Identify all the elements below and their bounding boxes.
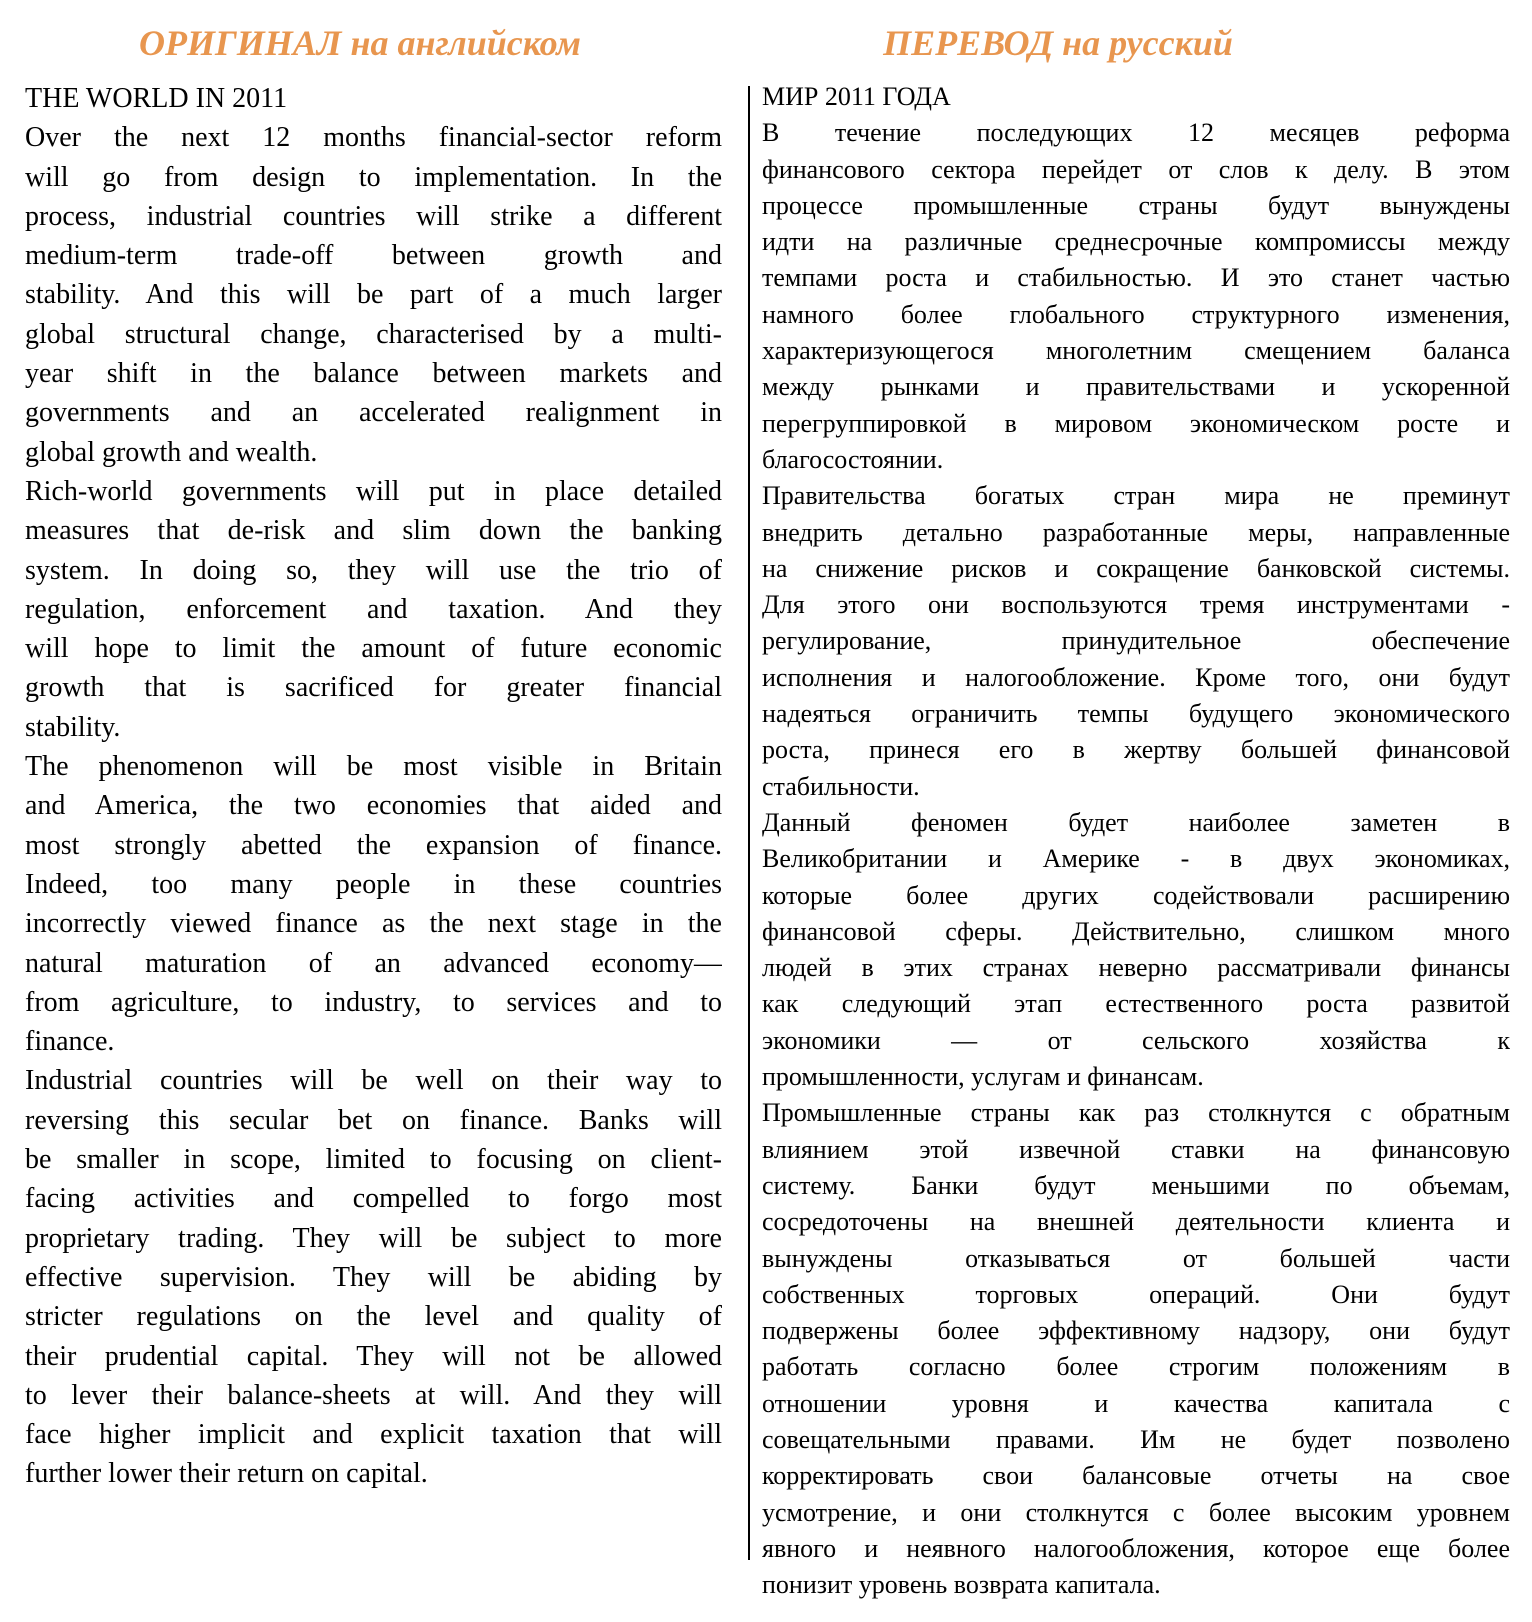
text-line: Промышленные страны как раз столкнутся с… bbox=[762, 1095, 1510, 1131]
translation-text-body: В течение последующих 12 месяцев реформа… bbox=[762, 115, 1510, 1603]
text-line: людей в этих странах неверно рассматрива… bbox=[762, 950, 1510, 986]
text-line: global growth and wealth. bbox=[25, 433, 722, 472]
text-line: global structural change, characterised … bbox=[25, 315, 722, 354]
text-line: Великобритании и Америке - в двух эконом… bbox=[762, 841, 1510, 877]
text-line: сосредоточены на внешней деятельности кл… bbox=[762, 1204, 1510, 1240]
text-line: которые более других содействовали расши… bbox=[762, 878, 1510, 914]
text-line: Данный феномен будет наиболее заметен в bbox=[762, 805, 1510, 841]
text-line: характеризующегося многолетним смещением… bbox=[762, 333, 1510, 369]
text-line: Правительства богатых стран мира не прем… bbox=[762, 478, 1510, 514]
original-column: THE WORLD IN 2011 Over the next 12 month… bbox=[25, 79, 722, 1494]
text-line: понизит уровень возврата капитала. bbox=[762, 1567, 1510, 1603]
text-line: finance. bbox=[25, 1022, 722, 1061]
text-line: Industrial countries will be well on the… bbox=[25, 1061, 722, 1100]
text-line: вынуждены отказываться от большей части bbox=[762, 1241, 1510, 1277]
text-line: further lower their return on capital. bbox=[25, 1454, 722, 1493]
text-line: влиянием этой извечной ставки на финансо… bbox=[762, 1132, 1510, 1168]
text-line: перегруппировкой в мировом экономическом… bbox=[762, 406, 1510, 442]
text-line: natural maturation of an advanced econom… bbox=[25, 944, 722, 983]
text-line: промышленности, услугам и финансам. bbox=[762, 1059, 1510, 1095]
original-text-body: Over the next 12 months financial-sector… bbox=[25, 118, 722, 1493]
original-column-header: ОРИГИНАЛ на английском bbox=[139, 22, 581, 64]
text-line: надеяться ограничить темпы будущего экон… bbox=[762, 696, 1510, 732]
text-line: from agriculture, to industry, to servic… bbox=[25, 983, 722, 1022]
text-line: and America, the two economies that aide… bbox=[25, 786, 722, 825]
text-line: как следующий этап естественного роста р… bbox=[762, 986, 1510, 1022]
text-line: regulation, enforcement and taxation. An… bbox=[25, 590, 722, 629]
text-line: исполнения и налогообложение. Кроме того… bbox=[762, 660, 1510, 696]
text-line: совещательными правами. Им не будет позв… bbox=[762, 1422, 1510, 1458]
text-line: The phenomenon will be most visible in B… bbox=[25, 747, 722, 786]
text-line: year shift in the balance between market… bbox=[25, 354, 722, 393]
text-line: will hope to limit the amount of future … bbox=[25, 629, 722, 668]
text-line: явного и неявного налогообложения, котор… bbox=[762, 1531, 1510, 1567]
text-line: facing activities and compelled to forgo… bbox=[25, 1179, 722, 1218]
original-title: THE WORLD IN 2011 bbox=[25, 79, 722, 118]
text-line: stability. And this will be part of a mu… bbox=[25, 275, 722, 314]
translation-title: МИР 2011 ГОДА bbox=[762, 79, 1510, 115]
text-line: на снижение рисков и сокращение банковск… bbox=[762, 551, 1510, 587]
text-line: will go from design to implementation. I… bbox=[25, 158, 722, 197]
text-line: proprietary trading. They will be subjec… bbox=[25, 1219, 722, 1258]
text-line: корректировать свои балансовые отчеты на… bbox=[762, 1458, 1510, 1494]
text-line: system. In doing so, they will use the t… bbox=[25, 551, 722, 590]
text-line: подвержены более эффективному надзору, о… bbox=[762, 1313, 1510, 1349]
text-line: to lever their balance-sheets at will. A… bbox=[25, 1376, 722, 1415]
text-line: effective supervision. They will be abid… bbox=[25, 1258, 722, 1297]
text-line: their prudential capital. They will not … bbox=[25, 1337, 722, 1376]
text-line: темпами роста и стабильностью. И это ста… bbox=[762, 260, 1510, 296]
text-line: be smaller in scope, limited to focusing… bbox=[25, 1140, 722, 1179]
text-line: stricter regulations on the level and qu… bbox=[25, 1297, 722, 1336]
text-line: face higher implicit and explicit taxati… bbox=[25, 1415, 722, 1454]
text-line: stability. bbox=[25, 708, 722, 747]
text-line: process, industrial countries will strik… bbox=[25, 197, 722, 236]
translation-column: МИР 2011 ГОДА В течение последующих 12 м… bbox=[762, 79, 1510, 1603]
text-line: Rich-world governments will put in place… bbox=[25, 472, 722, 511]
text-line: В течение последующих 12 месяцев реформа bbox=[762, 115, 1510, 151]
text-line: growth that is sacrificed for greater fi… bbox=[25, 668, 722, 707]
text-line: роста, принеся его в жертву большей фина… bbox=[762, 732, 1510, 768]
translation-column-header: ПЕРЕВОД на русский bbox=[883, 22, 1233, 64]
text-line: incorrectly viewed finance as the next s… bbox=[25, 904, 722, 943]
text-line: most strongly abetted the expansion of f… bbox=[25, 826, 722, 865]
text-line: идти на различные среднесрочные компроми… bbox=[762, 224, 1510, 260]
text-line: measures that de-risk and slim down the … bbox=[25, 511, 722, 550]
text-line: medium-term trade-off between growth and bbox=[25, 236, 722, 275]
text-line: усмотрение, и они столкнутся с более выс… bbox=[762, 1495, 1510, 1531]
text-line: финансового сектора перейдет от слов к д… bbox=[762, 152, 1510, 188]
text-line: собственных торговых операций. Они будут bbox=[762, 1277, 1510, 1313]
text-line: благосостоянии. bbox=[762, 442, 1510, 478]
text-line: Indeed, too many people in these countri… bbox=[25, 865, 722, 904]
text-line: отношении уровня и качества капитала с bbox=[762, 1386, 1510, 1422]
text-line: намного более глобального структурного и… bbox=[762, 297, 1510, 333]
text-line: governments and an accelerated realignme… bbox=[25, 393, 722, 432]
text-line: Over the next 12 months financial-sector… bbox=[25, 118, 722, 157]
text-line: регулирование, принудительное обеспечени… bbox=[762, 623, 1510, 659]
text-line: между рынками и правительствами и ускоре… bbox=[762, 369, 1510, 405]
text-line: Для этого они воспользуются тремя инстру… bbox=[762, 587, 1510, 623]
text-line: экономики — от сельского хозяйства к bbox=[762, 1023, 1510, 1059]
text-line: систему. Банки будут меньшими по объемам… bbox=[762, 1168, 1510, 1204]
text-line: работать согласно более строгим положени… bbox=[762, 1349, 1510, 1385]
text-line: внедрить детально разработанные меры, на… bbox=[762, 515, 1510, 551]
text-line: финансовой сферы. Действительно, слишком… bbox=[762, 914, 1510, 950]
text-line: процессе промышленные страны будут вынуж… bbox=[762, 188, 1510, 224]
text-line: reversing this secular bet on finance. B… bbox=[25, 1101, 722, 1140]
column-divider bbox=[748, 86, 750, 1560]
text-line: стабильности. bbox=[762, 769, 1510, 805]
